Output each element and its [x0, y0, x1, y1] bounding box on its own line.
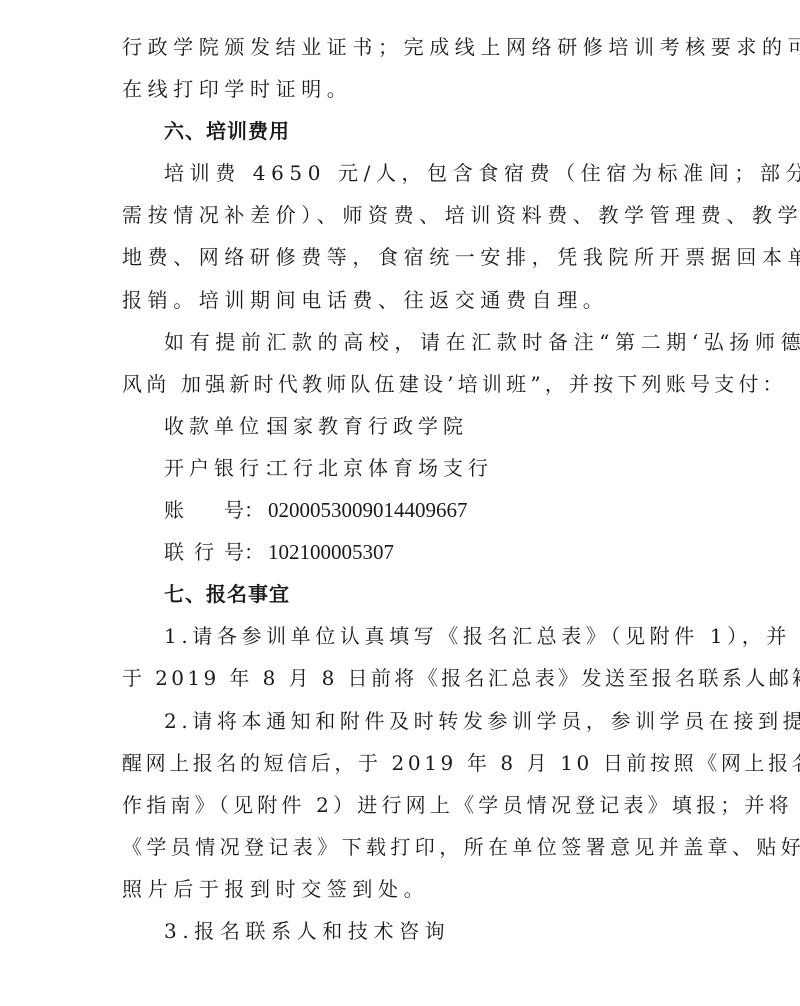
payee-row: 收款单位： 国家教育行政学院	[122, 405, 682, 447]
section-heading-fees: 六、培训费用	[122, 110, 682, 152]
payee-label: 收款单位：	[164, 405, 268, 447]
bank-row: 开户银行： 工行北京体育场支行	[122, 447, 682, 489]
bank-code-colon: ：	[244, 531, 268, 573]
bank-value: 工行北京体育场支行	[268, 447, 493, 489]
paragraph-line: 如有提前汇款的高校，请在汇款时备注“第二期‘弘扬师德	[122, 321, 682, 363]
account-value: 0200053009014409667	[268, 489, 468, 531]
bank-code-label-char: 联	[164, 531, 184, 573]
bank-code-row: 联 行 号 ： 102100005307	[122, 531, 682, 573]
section-heading-registration: 七、报名事宜	[122, 573, 682, 615]
payee-value: 国家教育行政学院	[268, 405, 468, 447]
bank-label: 开户银行：	[164, 447, 268, 489]
account-label-char: 号	[224, 489, 244, 531]
paragraph-line: 2.请将本通知和附件及时转发参训学员，参训学员在接到提	[122, 700, 682, 742]
paragraph-line: 《学员情况登记表》下载打印，所在单位签署意见并盖章、贴好	[122, 826, 682, 868]
paragraph-line: 于 2019 年 8 月 8 日前将《报名汇总表》发送至报名联系人邮箱。	[122, 657, 682, 699]
paragraph-line: 作指南》（见附件 2）进行网上《学员情况登记表》填报；并将	[122, 784, 682, 826]
bank-code-value: 102100005307	[268, 531, 394, 573]
paragraph-line: 照片后于报到时交签到处。	[122, 868, 682, 910]
paragraph-line: 行政学院颁发结业证书；完成线上网络研修培训考核要求的可以	[122, 26, 682, 68]
document-page: 行政学院颁发结业证书；完成线上网络研修培训考核要求的可以 在线打印学时证明。 六…	[122, 26, 682, 952]
paragraph-line: 1.请各参训单位认真填写《报名汇总表》（见附件 1），并	[122, 615, 682, 657]
paragraph-line: 需按情况补差价）、师资费、培训资料费、教学管理费、教学场	[122, 194, 682, 236]
account-colon: ：	[244, 489, 268, 531]
bank-code-label-char: 行	[194, 531, 214, 573]
paragraph-line: 风尚 加强新时代教师队伍建设’培训班”，并按下列账号支付：	[122, 363, 682, 405]
bank-code-label-char: 号	[224, 531, 244, 573]
paragraph-line: 报销。培训期间电话费、往返交通费自理。	[122, 279, 682, 321]
paragraph-line: 3.报名联系人和技术咨询	[122, 910, 682, 952]
paragraph-line: 地费、网络研修费等，食宿统一安排，凭我院所开票据回本单位	[122, 236, 682, 278]
account-label: 账 号	[164, 489, 244, 531]
paragraph-line: 在线打印学时证明。	[122, 68, 682, 110]
paragraph-line: 醒网上报名的短信后，于 2019 年 8 月 10 日前按照《网上报名操	[122, 742, 682, 784]
bank-code-label: 联 行 号	[164, 531, 244, 573]
paragraph-line: 培训费 4650 元/人，包含食宿费（住宿为标准间；部分单间	[122, 152, 682, 194]
account-label-char: 账	[164, 489, 184, 531]
account-row: 账 号 ： 0200053009014409667	[122, 489, 682, 531]
